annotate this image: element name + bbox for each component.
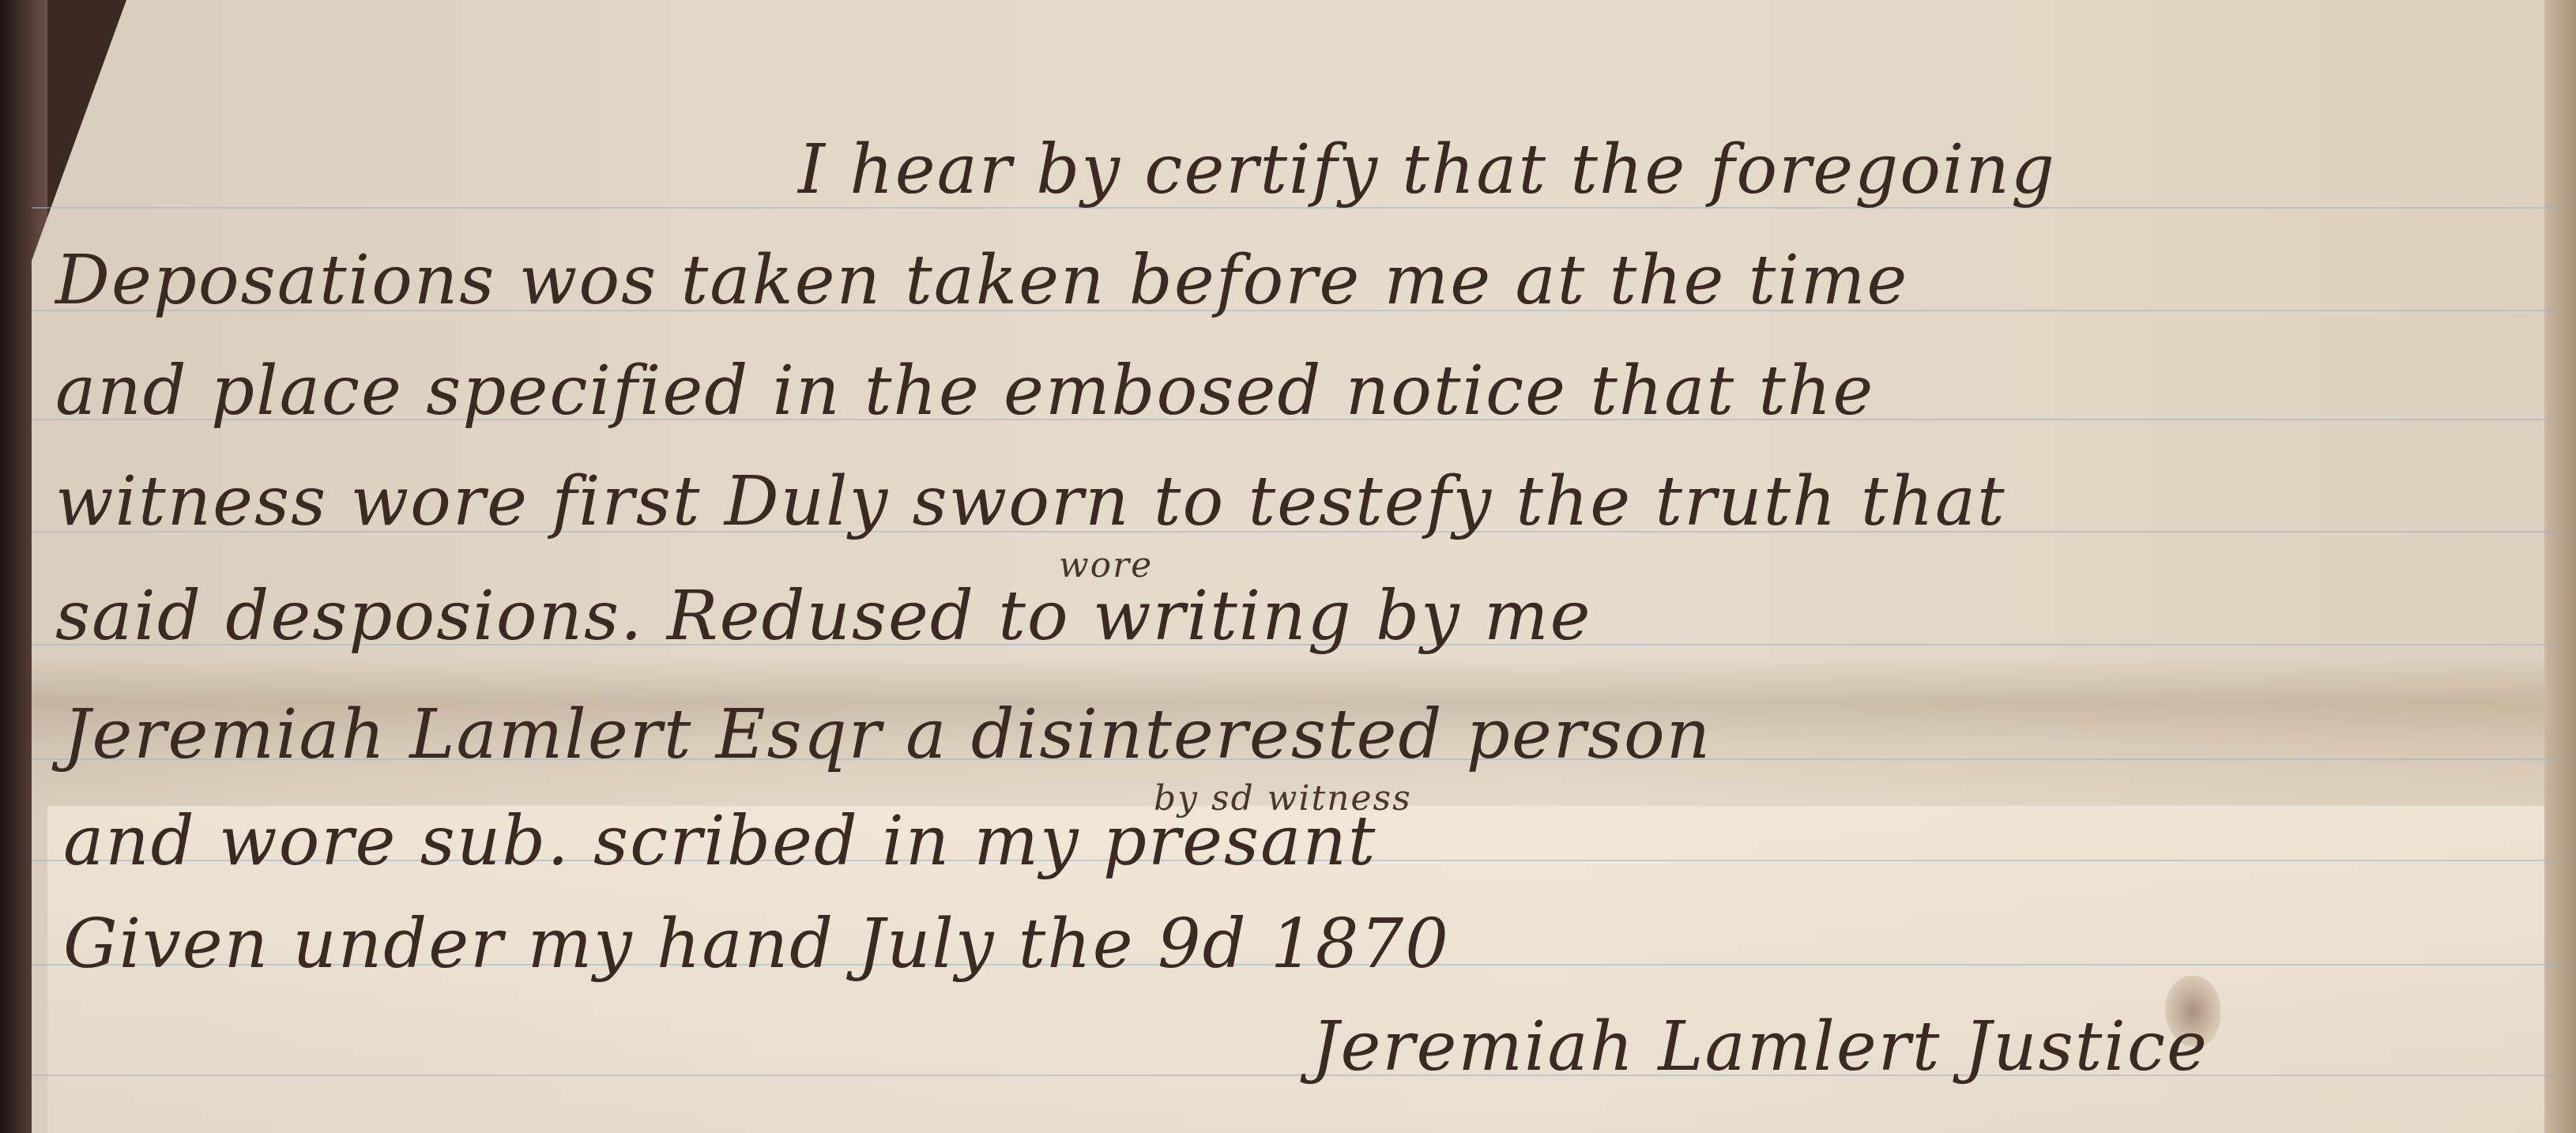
line-2: Deposations wos taken taken before me at… <box>55 241 1908 320</box>
background-edge-right <box>2544 0 2576 1133</box>
line-7: and wore sub. scribed in my presant <box>63 802 1377 881</box>
line-6: Jeremiah Lamlert Esqr a disinterested pe… <box>63 695 1712 774</box>
line-3: and place specified in the embosed notic… <box>55 352 1874 431</box>
line-4: witness wore first Duly sworn to testefy… <box>55 462 2006 541</box>
signature: Jeremiah Lamlert Justice <box>1312 1007 2209 1086</box>
line-1: I hear by certify that the foregoing <box>798 130 2056 209</box>
line-5: said desposions. Redused to writing by m… <box>55 577 1591 656</box>
line-8: Given under my hand July the 9d 1870 <box>63 905 1450 984</box>
